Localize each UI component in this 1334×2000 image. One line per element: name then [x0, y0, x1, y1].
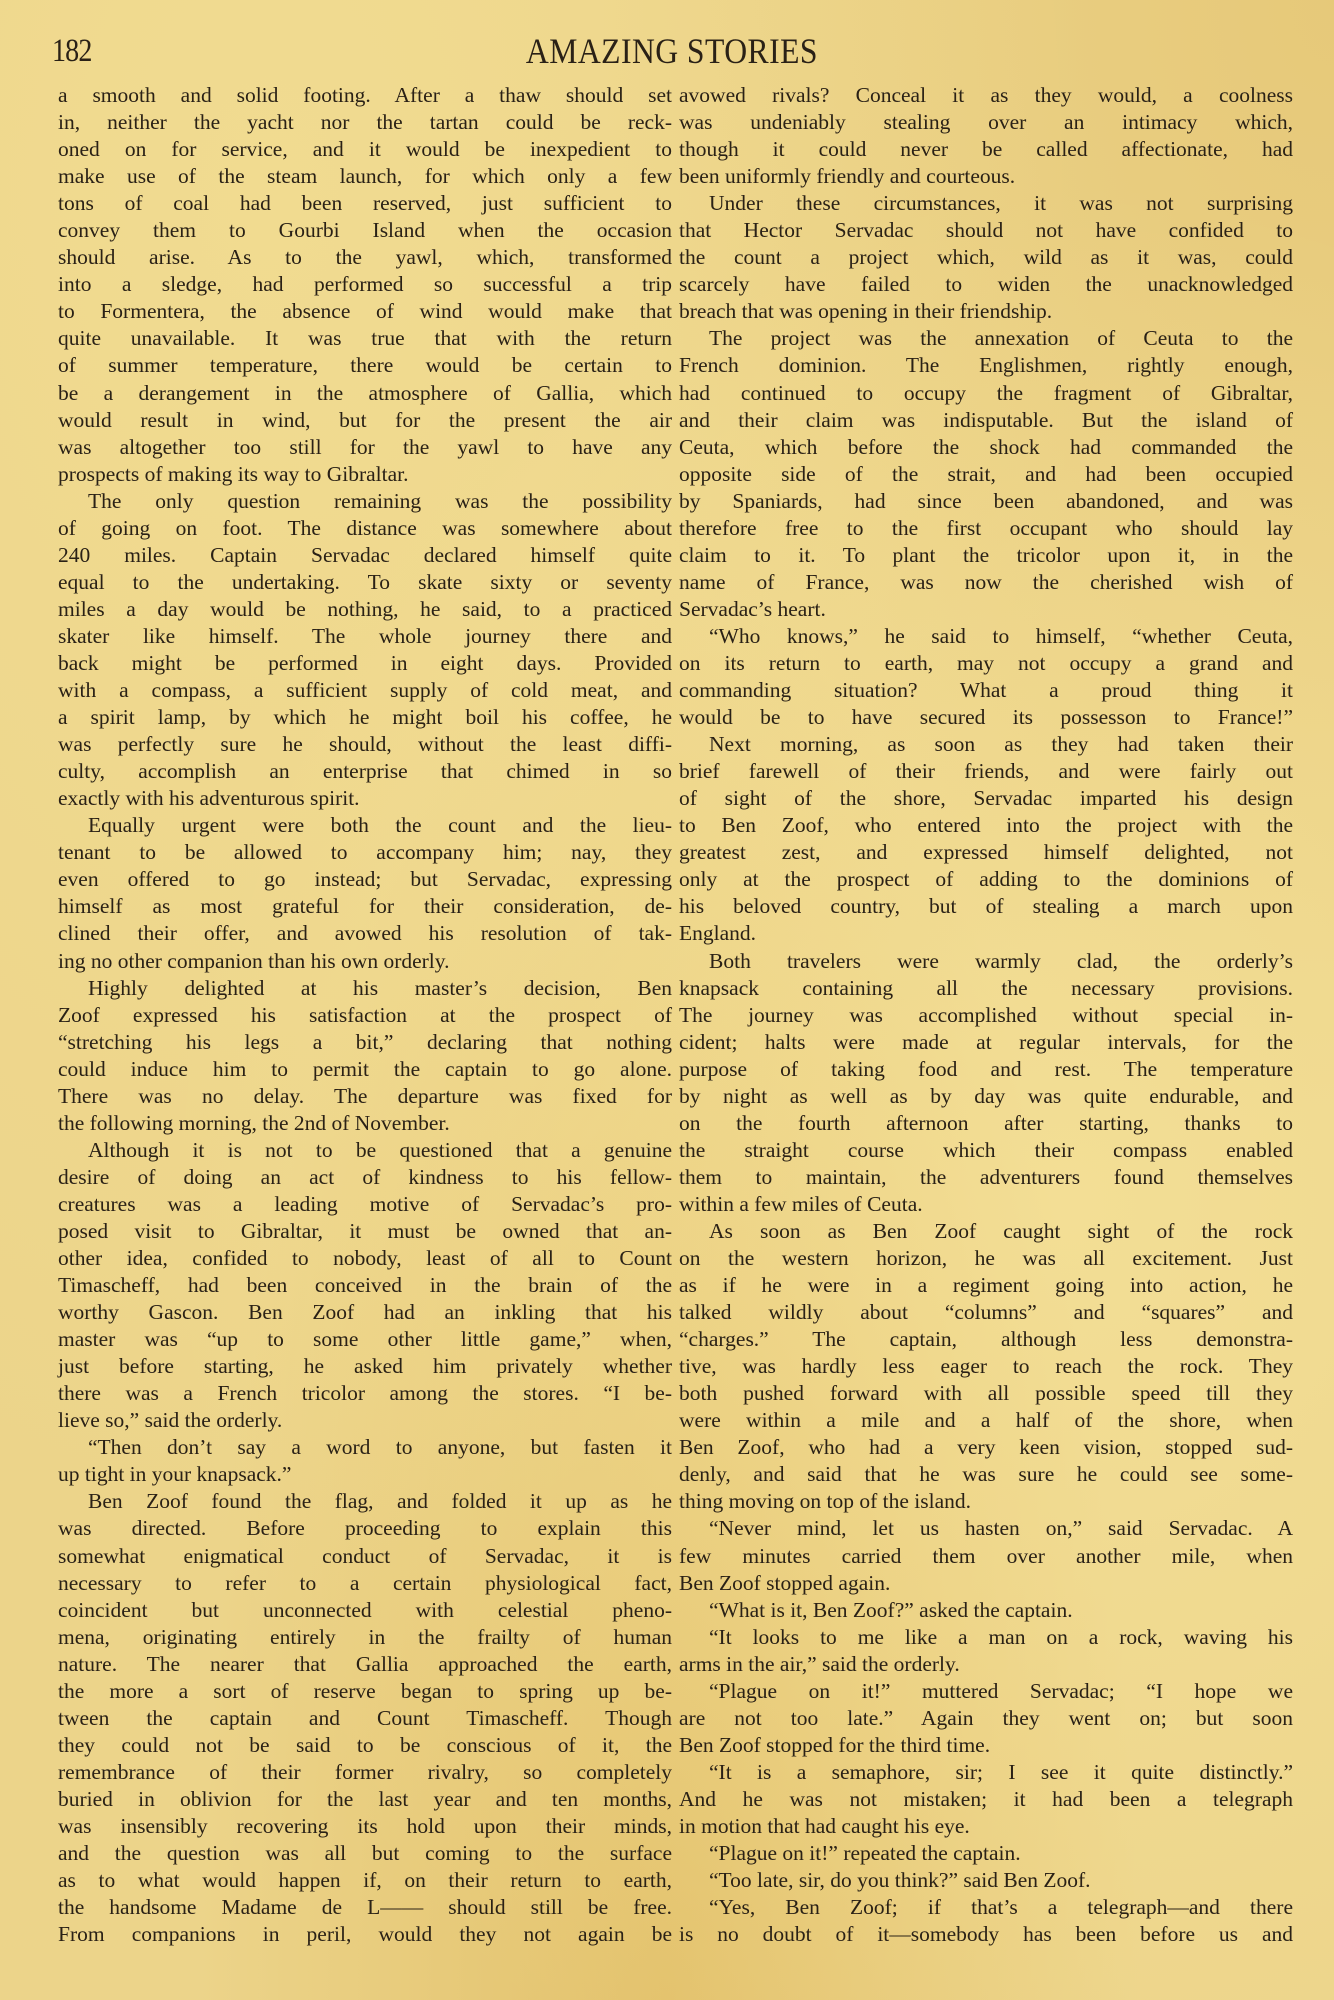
text-line: French dominion. The Englishmen, rightly…: [679, 352, 1293, 379]
text-line: 240 miles. Captain Servadac declared him…: [58, 542, 672, 569]
text-line: tween the captain and Count Timascheff. …: [58, 1705, 672, 1732]
text-line: to Ben Zoof, who entered into the projec…: [679, 812, 1293, 839]
text-line: Next morning, as soon as they had taken …: [679, 731, 1293, 758]
text-line: Zoof expressed his satisfaction at the p…: [58, 1002, 672, 1029]
text-line: even offered to go instead; but Servadac…: [58, 866, 672, 893]
text-line: There was no delay. The departure was fi…: [58, 1083, 672, 1110]
text-line: that Hector Servadac should not have con…: [679, 217, 1293, 244]
text-line: by night as well as by day was quite end…: [679, 1083, 1293, 1110]
text-line: back might be performed in eight days. P…: [58, 650, 672, 677]
text-line: The project was the annexation of Ceuta …: [679, 325, 1293, 352]
text-line: remembrance of their former rivalry, so …: [58, 1759, 672, 1786]
text-line: up tight in your knapsack.”: [58, 1461, 672, 1488]
text-line: be a derangement in the atmosphere of Ga…: [58, 380, 672, 407]
text-line: as to what would happen if, on their ret…: [58, 1867, 672, 1894]
text-line: Under these circumstances, it was not su…: [679, 190, 1293, 217]
text-line: clined their offer, and avowed his resol…: [58, 920, 672, 947]
text-line: ing no other companion than his own orde…: [58, 948, 672, 975]
text-line: Although it is not to be questioned that…: [58, 1137, 672, 1164]
text-line: though it could never be called affectio…: [679, 136, 1293, 163]
text-line: in, neither the yacht nor the tartan cou…: [58, 109, 672, 136]
text-line: “Plague on it!” repeated the captain.: [679, 1840, 1293, 1867]
text-line: desire of doing an act of kindness to hi…: [58, 1164, 672, 1191]
text-line: of sight of the shore, Servadac imparted…: [679, 785, 1293, 812]
text-line: is no doubt of it—somebody has been befo…: [679, 1921, 1293, 1948]
text-line: equal to the undertaking. To skate sixty…: [58, 569, 672, 596]
text-line: cident; halts were made at regular inter…: [679, 1029, 1293, 1056]
text-line: as if he were in a regiment going into a…: [679, 1272, 1293, 1299]
text-line: opposite side of the strait, and had bee…: [679, 461, 1293, 488]
text-line: was altogether too still for the yawl to…: [58, 434, 672, 461]
text-line: “Who knows,” he said to himself, “whethe…: [679, 623, 1293, 650]
text-line: Ben Zoof found the flag, and folded it u…: [58, 1488, 672, 1515]
text-line: with a compass, a sufficient supply of c…: [58, 677, 672, 704]
text-line: in motion that had caught his eye.: [679, 1813, 1293, 1840]
text-line: are not too late.” Again they went on; b…: [679, 1705, 1293, 1732]
text-line: was insensibly recovering its hold upon …: [58, 1813, 672, 1840]
text-line: by Spaniards, had since been abandoned, …: [679, 488, 1293, 515]
text-line: himself as most grateful for their consi…: [58, 893, 672, 920]
text-line: would be to have secured its possesson t…: [679, 704, 1293, 731]
text-line: into a sledge, had performed so successf…: [58, 271, 672, 298]
text-line: “Plague on it!” muttered Servadac; “I ho…: [679, 1678, 1293, 1705]
text-line: had continued to occupy the fragment of …: [679, 380, 1293, 407]
text-line: them to maintain, the adventurers found …: [679, 1164, 1293, 1191]
text-line: claim to it. To plant the tricolor upon …: [679, 542, 1293, 569]
text-line: arms in the air,” said the orderly.: [679, 1651, 1293, 1678]
text-line: could induce him to permit the captain t…: [58, 1056, 672, 1083]
text-line: purpose of taking food and rest. The tem…: [679, 1056, 1293, 1083]
text-line: quite unavailable. It was true that with…: [58, 325, 672, 352]
text-line: was undeniably stealing over an intimacy…: [679, 109, 1293, 136]
text-line: The journey was accomplished without spe…: [679, 1002, 1293, 1029]
text-line: Equally urgent were both the count and t…: [58, 812, 672, 839]
text-line: the straight course which their compass …: [679, 1137, 1293, 1164]
text-line: master was “up to some other little game…: [58, 1326, 672, 1353]
text-line: “Yes, Ben Zoof; if that’s a telegraph—an…: [679, 1894, 1293, 1921]
text-line: The only question remaining was the poss…: [58, 488, 672, 515]
text-line: was directed. Before proceeding to expla…: [58, 1515, 672, 1542]
text-line: knapsack containing all the necessary pr…: [679, 975, 1293, 1002]
text-column-left: a smooth and solid footing. After a thaw…: [58, 82, 672, 1948]
text-line: and the question was all but coming to t…: [58, 1840, 672, 1867]
text-line: few minutes carried them over another mi…: [679, 1543, 1293, 1570]
text-line: culty, accomplish an enterprise that chi…: [58, 758, 672, 785]
text-line: of going on foot. The distance was somew…: [58, 515, 672, 542]
text-line: “Too late, sir, do you think?” said Ben …: [679, 1867, 1293, 1894]
text-line: Ben Zoof, who had a very keen vision, st…: [679, 1434, 1293, 1461]
text-line: Ben Zoof stopped again.: [679, 1570, 1293, 1597]
text-line: necessary to refer to a certain physiolo…: [58, 1570, 672, 1597]
text-line: buried in oblivion for the last year and…: [58, 1786, 672, 1813]
text-line: were within a mile and a half of the sho…: [679, 1407, 1293, 1434]
text-line: to Formentera, the absence of wind would…: [58, 298, 672, 325]
text-line: avowed rivals? Conceal it as they would,…: [679, 82, 1293, 109]
text-line: “stretching his legs a bit,” declaring t…: [58, 1029, 672, 1056]
text-line: on the fourth afternoon after starting, …: [679, 1110, 1293, 1137]
text-line: somewhat enigmatical conduct of Servadac…: [58, 1543, 672, 1570]
text-line: mena, originating entirely in the frailt…: [58, 1624, 672, 1651]
running-title: AMAZING STORIES: [52, 28, 1292, 74]
text-line: “It is a semaphore, sir; I see it quite …: [679, 1759, 1293, 1786]
text-line: scarcely have failed to widen the unackn…: [679, 271, 1293, 298]
text-line: a spirit lamp, by which he might boil hi…: [58, 704, 672, 731]
text-line: talked wildly about “columns” and “squar…: [679, 1299, 1293, 1326]
text-line: “charges.” The captain, although less de…: [679, 1326, 1293, 1353]
text-line: the count a project which, wild as it wa…: [679, 244, 1293, 271]
text-line: they could not be said to be conscious o…: [58, 1732, 672, 1759]
text-line: From companions in peril, would they not…: [58, 1921, 672, 1948]
text-line: convey them to Gourbi Island when the oc…: [58, 217, 672, 244]
text-line: was perfectly sure he should, without th…: [58, 731, 672, 758]
text-line: there was a French tricolor among the st…: [58, 1380, 672, 1407]
text-line: other idea, confided to nobody, least of…: [58, 1245, 672, 1272]
text-line: just before starting, he asked him priva…: [58, 1353, 672, 1380]
text-column-right: avowed rivals? Conceal it as they would,…: [679, 82, 1293, 1948]
text-line: within a few miles of Ceuta.: [679, 1191, 1293, 1218]
text-line: tive, was hardly less eager to reach the…: [679, 1353, 1293, 1380]
text-line: Servadac’s heart.: [679, 596, 1293, 623]
text-line: lieve so,” said the orderly.: [58, 1407, 672, 1434]
text-line: As soon as Ben Zoof caught sight of the …: [679, 1218, 1293, 1245]
text-line: of summer temperature, there would be ce…: [58, 352, 672, 379]
text-line: tenant to be allowed to accompany him; n…: [58, 839, 672, 866]
text-line: denly, and said that he was sure he coul…: [679, 1461, 1293, 1488]
text-line: greatest zest, and expressed himself del…: [679, 839, 1293, 866]
text-line: creatures was a leading motive of Servad…: [58, 1191, 672, 1218]
text-line: Timascheff, had been conceived in the br…: [58, 1272, 672, 1299]
text-line: nature. The nearer that Gallia approache…: [58, 1651, 672, 1678]
text-line: England.: [679, 920, 1293, 947]
text-line: “It looks to me like a man on a rock, wa…: [679, 1624, 1293, 1651]
text-line: skater like himself. The whole journey t…: [58, 623, 672, 650]
text-line: “What is it, Ben Zoof?” asked the captai…: [679, 1597, 1293, 1624]
text-line: prospects of making its way to Gibraltar…: [58, 461, 672, 488]
text-line: the following morning, the 2nd of Novemb…: [58, 1110, 672, 1137]
text-line: make use of the steam launch, for which …: [58, 163, 672, 190]
text-line: “Then don’t say a word to anyone, but fa…: [58, 1434, 672, 1461]
text-line: would result in wind, but for the presen…: [58, 407, 672, 434]
text-line: both pushed forward with all possible sp…: [679, 1380, 1293, 1407]
text-line: on the western horizon, he was all excit…: [679, 1245, 1293, 1272]
text-line: posed visit to Gibraltar, it must be own…: [58, 1218, 672, 1245]
page-header: 182 AMAZING STORIES: [52, 28, 1292, 74]
text-line: exactly with his adventurous spirit.: [58, 785, 672, 812]
text-line: oned on for service, and it would be ine…: [58, 136, 672, 163]
text-line: only at the prospect of adding to the do…: [679, 866, 1293, 893]
text-line: a smooth and solid footing. After a thaw…: [58, 82, 672, 109]
text-line: the more a sort of reserve began to spri…: [58, 1678, 672, 1705]
text-line: “Never mind, let us hasten on,” said Ser…: [679, 1515, 1293, 1542]
text-line: therefore free to the first occupant who…: [679, 515, 1293, 542]
text-line: been uniformly friendly and courteous.: [679, 163, 1293, 190]
running-title-text: AMAZING STORIES: [526, 28, 818, 74]
text-line: the handsome Madame de L—— should still …: [58, 1894, 672, 1921]
text-line: brief farewell of their friends, and wer…: [679, 758, 1293, 785]
text-line: Both travelers were warmly clad, the ord…: [679, 948, 1293, 975]
text-line: worthy Gascon. Ben Zoof had an inkling t…: [58, 1299, 672, 1326]
text-line: name of France, was now the cherished wi…: [679, 569, 1293, 596]
text-line: on its return to earth, may not occupy a…: [679, 650, 1293, 677]
text-line: and their claim was indisputable. But th…: [679, 407, 1293, 434]
magazine-page: 182 AMAZING STORIES a smooth and solid f…: [0, 0, 1334, 2000]
text-line: should arise. As to the yawl, which, tra…: [58, 244, 672, 271]
text-line: coincident but unconnected with celestia…: [58, 1597, 672, 1624]
text-line: miles a day would be nothing, he said, t…: [58, 596, 672, 623]
text-line: breach that was opening in their friends…: [679, 298, 1293, 325]
text-line: his beloved country, but of stealing a m…: [679, 893, 1293, 920]
text-line: Ben Zoof stopped for the third time.: [679, 1732, 1293, 1759]
text-line: Ceuta, which before the shock had comman…: [679, 434, 1293, 461]
text-line: commanding situation? What a proud thing…: [679, 677, 1293, 704]
text-line: And he was not mistaken; it had been a t…: [679, 1786, 1293, 1813]
text-line: tons of coal had been reserved, just suf…: [58, 190, 672, 217]
text-line: Highly delighted at his master’s decisio…: [58, 975, 672, 1002]
text-line: thing moving on top of the island.: [679, 1488, 1293, 1515]
